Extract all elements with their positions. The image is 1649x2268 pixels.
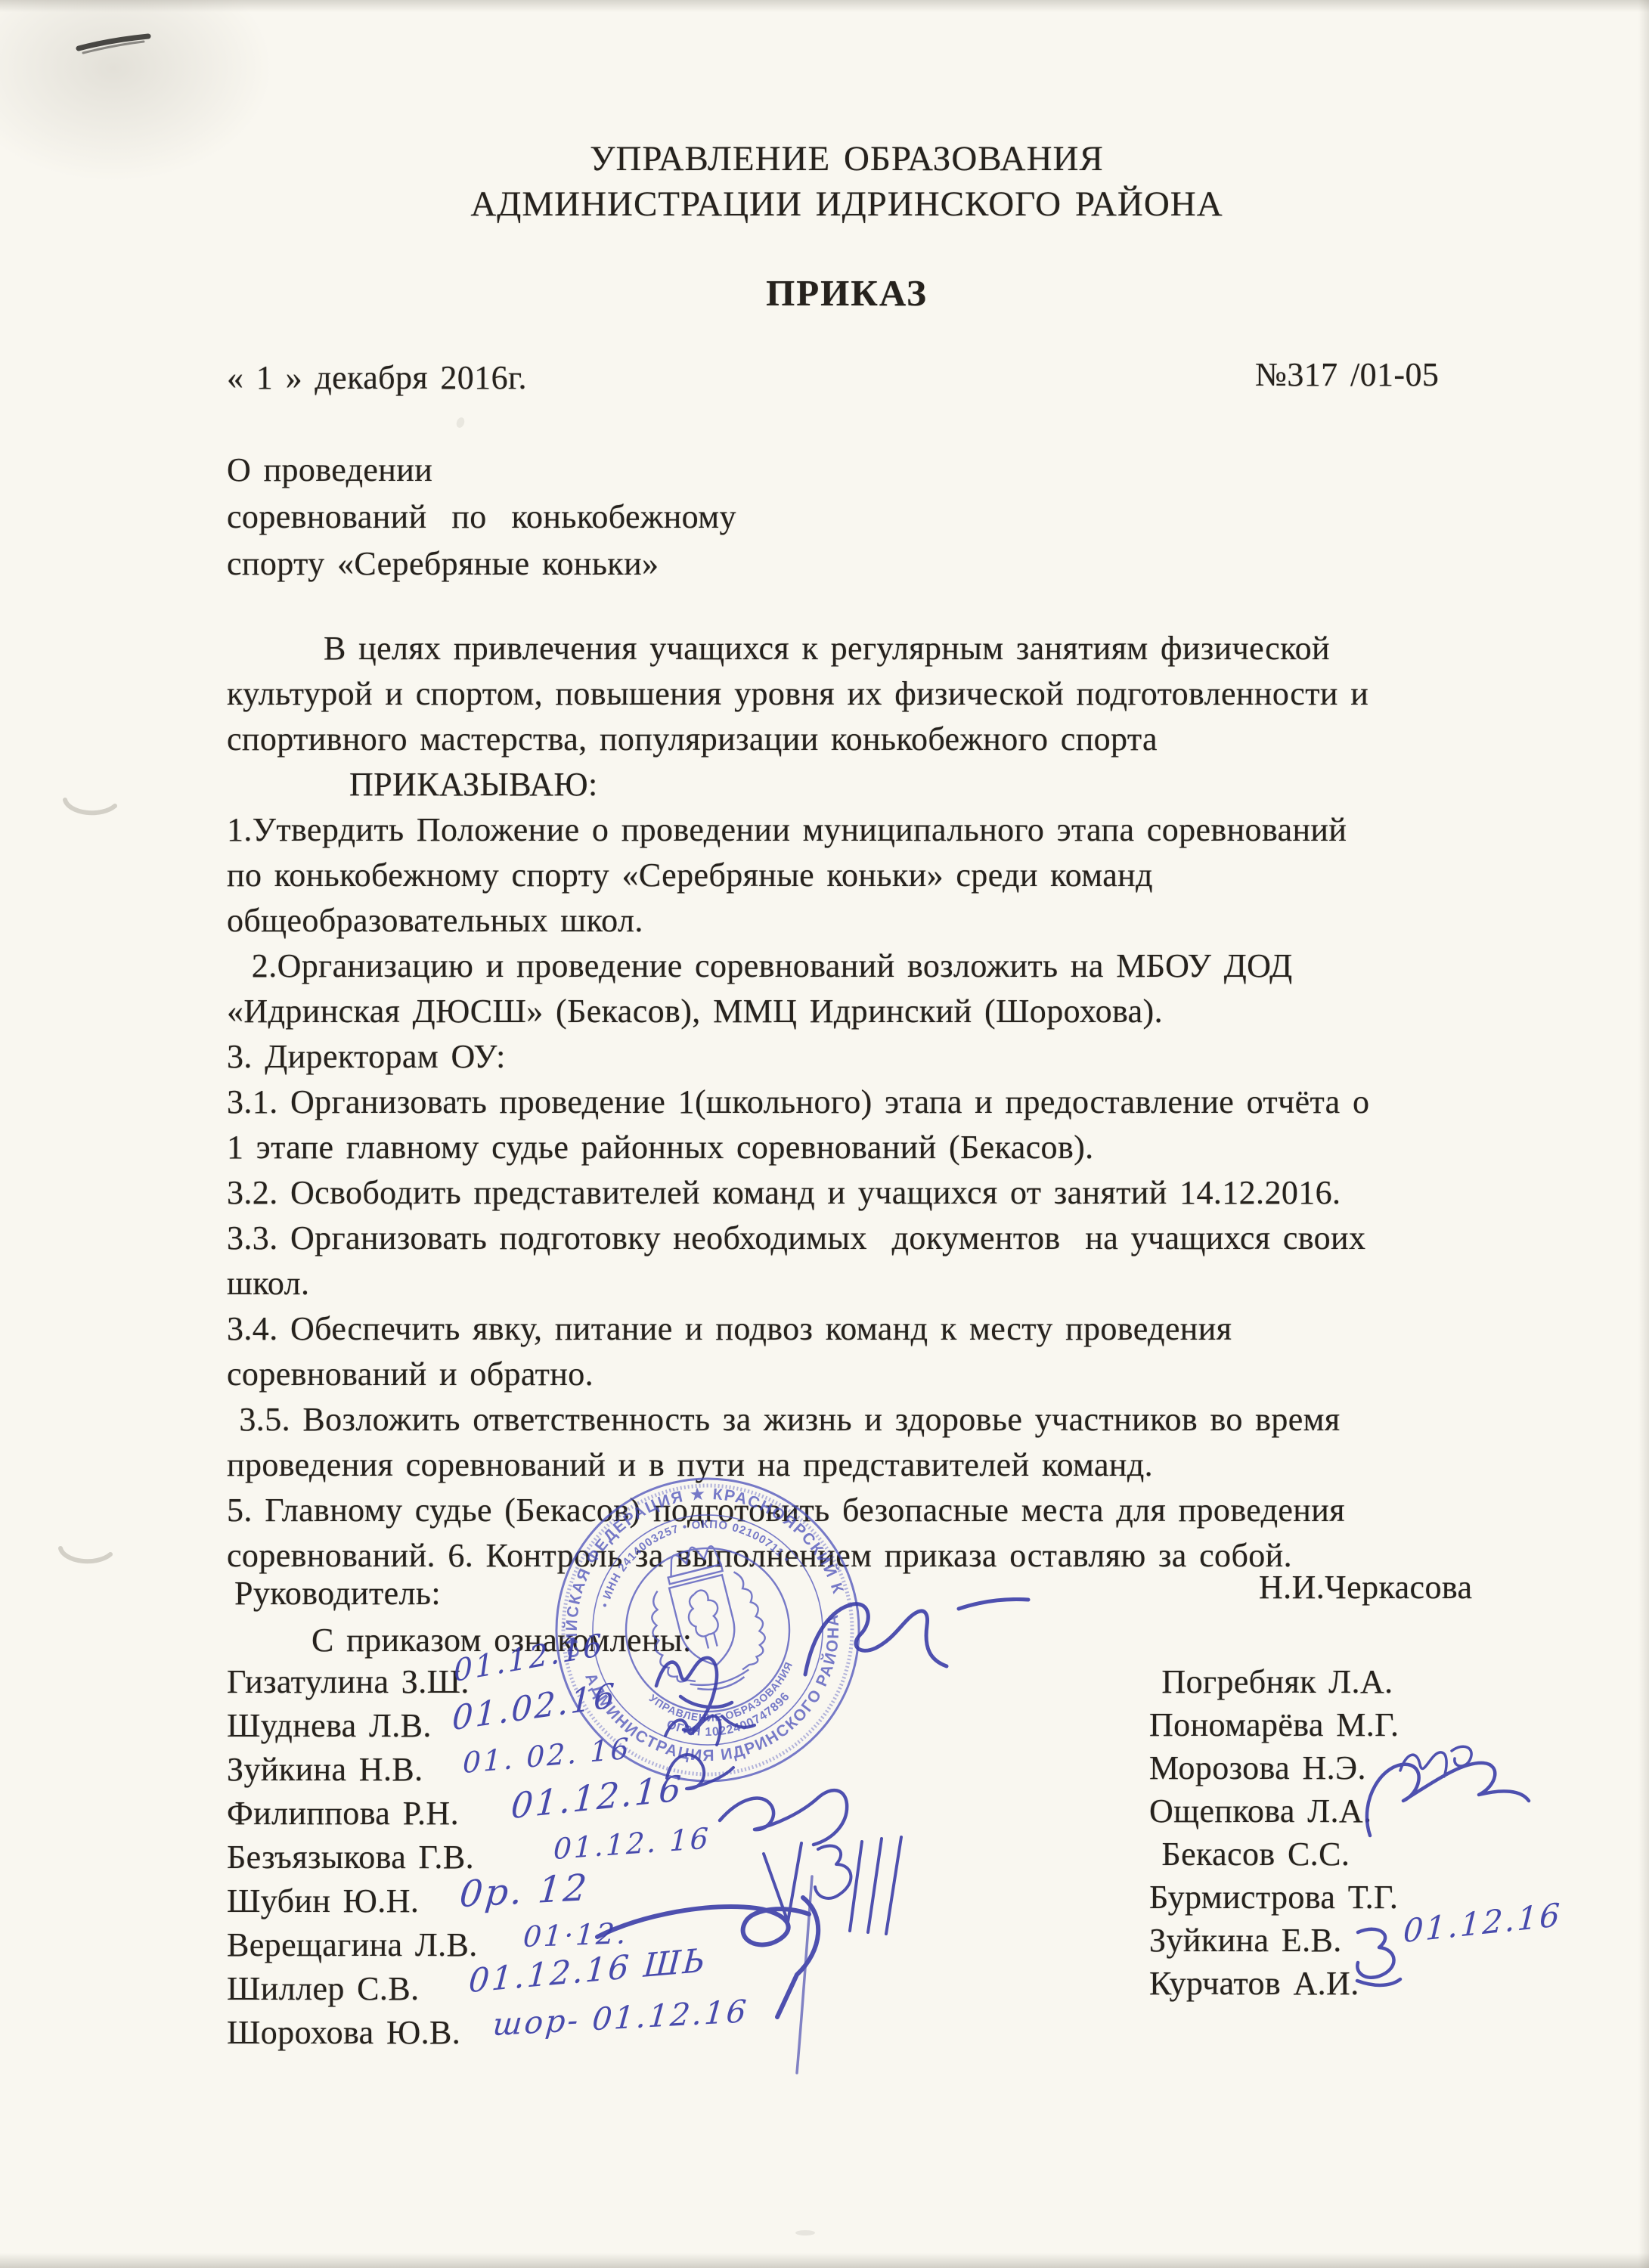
ack-name-right-5: Бекасов С.С. — [1149, 1833, 1350, 1876]
body-line-14: 3.5. Возложить ответственность за жизнь … — [227, 1399, 1341, 1441]
body-line-6: 3. Директорам ОУ: — [227, 1036, 506, 1078]
signature-cherkasova — [805, 1604, 947, 1675]
body-line-5: «Идринская ДЮСШ» (Бекасов), ММЦ Идрински… — [227, 990, 1163, 1033]
ack-name-right-4: Ощепкова Л.А. — [1149, 1790, 1372, 1833]
signature-shudneva — [665, 1716, 755, 1745]
scanned-order-page: УПРАВЛЕНИЕ ОБРАЗОВАНИЯ АДМИНИСТРАЦИИ ИДР… — [0, 0, 1649, 2268]
body-line-12: 3.4. Обеспечить явку, питание и подвоз к… — [227, 1308, 1232, 1350]
stamp-department-text: УПРАВЛЕНИЕ ОБРАЗОВАНИЯ — [645, 1657, 804, 1740]
document-number: №317 /01-05 — [1255, 354, 1439, 396]
signature-cherkasova-dash — [959, 1600, 1028, 1610]
scan-edge-bottom — [0, 2253, 1649, 2268]
ack-name-right-3: Морозова Н.Э. — [1149, 1747, 1366, 1789]
signature-morozova — [1400, 1746, 1471, 1777]
ack-name-left-5: Безъязыкова Г.В. — [227, 1836, 474, 1879]
body-line-13: соревнований и обратно. — [227, 1353, 594, 1396]
subject-line-2: соревнований по конькобежному — [227, 496, 736, 538]
org-name-line-2: АДМИНИСТРАЦИИ ИДРИНСКОГО РАЙОНА — [189, 183, 1505, 225]
handwritten-date-filippova: 01.12.16 — [510, 1768, 684, 1827]
scan-edge-top — [0, 0, 1649, 12]
ack-name-left-8: Шиллер С.В. — [227, 1968, 419, 2010]
signature-gizatulina — [656, 1658, 732, 1731]
scan-edge-right — [1638, 0, 1649, 2268]
signature-zuikina-ev — [1357, 1929, 1400, 1985]
handwritten-date-shorokhova: шор- 01.12.16 — [491, 1993, 750, 2043]
ack-name-left-1: Гизатулина З.Ш. — [227, 1661, 470, 1703]
body-line-10: 3.3. Организовать подготовку необходимых… — [227, 1217, 1365, 1259]
body-line-3: общеобразовательных школ. — [227, 900, 643, 942]
handwritten-date-shubin: 0р. 12 — [458, 1867, 591, 1916]
stamp-ogrn-text: ОГРН 1022400747896 — [662, 1688, 798, 1752]
handwritten-date-bezyazykova: 01.12. 16 — [553, 1821, 711, 1866]
body-line-11: школ. — [227, 1263, 309, 1305]
ack-name-right-6: Бурмистрова Т.Г. — [1149, 1876, 1398, 1919]
body-line-2: по конькобежному спорту «Серебряные конь… — [227, 854, 1153, 897]
handwritten-date-zuikina-ev: 01.12.16 — [1403, 1896, 1563, 1950]
body-line-16: 5. Главному судье (Бекасов) подготовить … — [227, 1489, 1345, 1532]
ack-name-left-9: Шорохова Ю.В. — [227, 2012, 460, 2054]
subject-line-1: О проведении — [227, 449, 432, 491]
preamble-line-2: культурой и спортом, повышения уровня их… — [227, 673, 1368, 715]
ack-name-right-2: Пономарёва М.Г. — [1149, 1704, 1399, 1746]
document-date: « 1 » декабря 2016г. — [227, 357, 527, 399]
scan-speck — [455, 417, 466, 429]
punch-hole-shadow-bottom — [60, 1548, 110, 1561]
org-name-line-1: УПРАВЛЕНИЕ ОБРАЗОВАНИЯ — [189, 138, 1505, 180]
signature-vertical-stroke — [797, 1876, 812, 2073]
body-line-8: 1 этапе главному судье районных соревнов… — [227, 1126, 1094, 1169]
body-line-15: проведения соревнований и в пути на пред… — [227, 1444, 1153, 1486]
subject-line-3: спорту «Серебряные коньки» — [227, 543, 659, 585]
preamble-line-3: спортивного мастерства, популяризации ко… — [227, 718, 1158, 761]
preamble-line-1: В целях привлечения учащихся к регулярны… — [324, 627, 1330, 670]
punch-hole-shadow-top — [65, 800, 115, 813]
svg-text:ОГРН 1022400747896: ОГРН 1022400747896 — [662, 1688, 798, 1752]
leader-name: Н.И.Черкасова — [1259, 1566, 1472, 1609]
ack-name-left-6: Шубин Ю.Н. — [227, 1880, 419, 1923]
signature-oshchepkova — [1367, 1763, 1529, 1836]
ack-name-right-8: Курчатов А.И. — [1149, 1963, 1359, 2005]
ack-name-left-7: Верещагина Л.В. — [227, 1924, 478, 1966]
body-line-1: 1.Утвердить Положение о проведении муниц… — [227, 809, 1347, 851]
signature-filippova — [720, 1790, 847, 1845]
ack-name-right-1: Погребняк Л.А. — [1149, 1661, 1393, 1703]
signature-bezyazykova — [764, 1837, 901, 1934]
handwritten-date-shudneva: 01.02.16 — [451, 1676, 618, 1738]
ack-name-left-2: Шуднева Л.В. — [227, 1705, 432, 1747]
scan-smudge — [795, 2230, 815, 2235]
body-line-7: 3.1. Организовать проведение 1(школьного… — [227, 1081, 1369, 1123]
order-word: ПРИКАЗЫВАЮ: — [349, 764, 598, 806]
svg-text:УПРАВЛЕНИЕ ОБРАЗОВАНИЯ: УПРАВЛЕНИЕ ОБРАЗОВАНИЯ — [645, 1657, 804, 1740]
body-line-4: 2.Организацию и проведение соревнований … — [227, 945, 1293, 987]
handwritten-date-vereshchagina: 01·12. — [522, 1916, 629, 1954]
body-line-9: 3.2. Освободить представителей команд и … — [227, 1172, 1341, 1214]
leader-label: Руководитель: — [234, 1572, 441, 1615]
ack-name-left-4: Филиппова Р.Н. — [227, 1792, 459, 1835]
ack-name-right-7: Зуйкина Е.В. — [1149, 1919, 1342, 1962]
body-line-17: соревнований. 6. Контроль за выполнением… — [227, 1535, 1292, 1577]
handwritten-date-zuikina-nv: 01. 02. 16 — [463, 1731, 631, 1780]
document-title: ПРИКАЗ — [189, 272, 1505, 314]
ack-name-left-3: Зуйкина Н.В. — [227, 1749, 423, 1791]
